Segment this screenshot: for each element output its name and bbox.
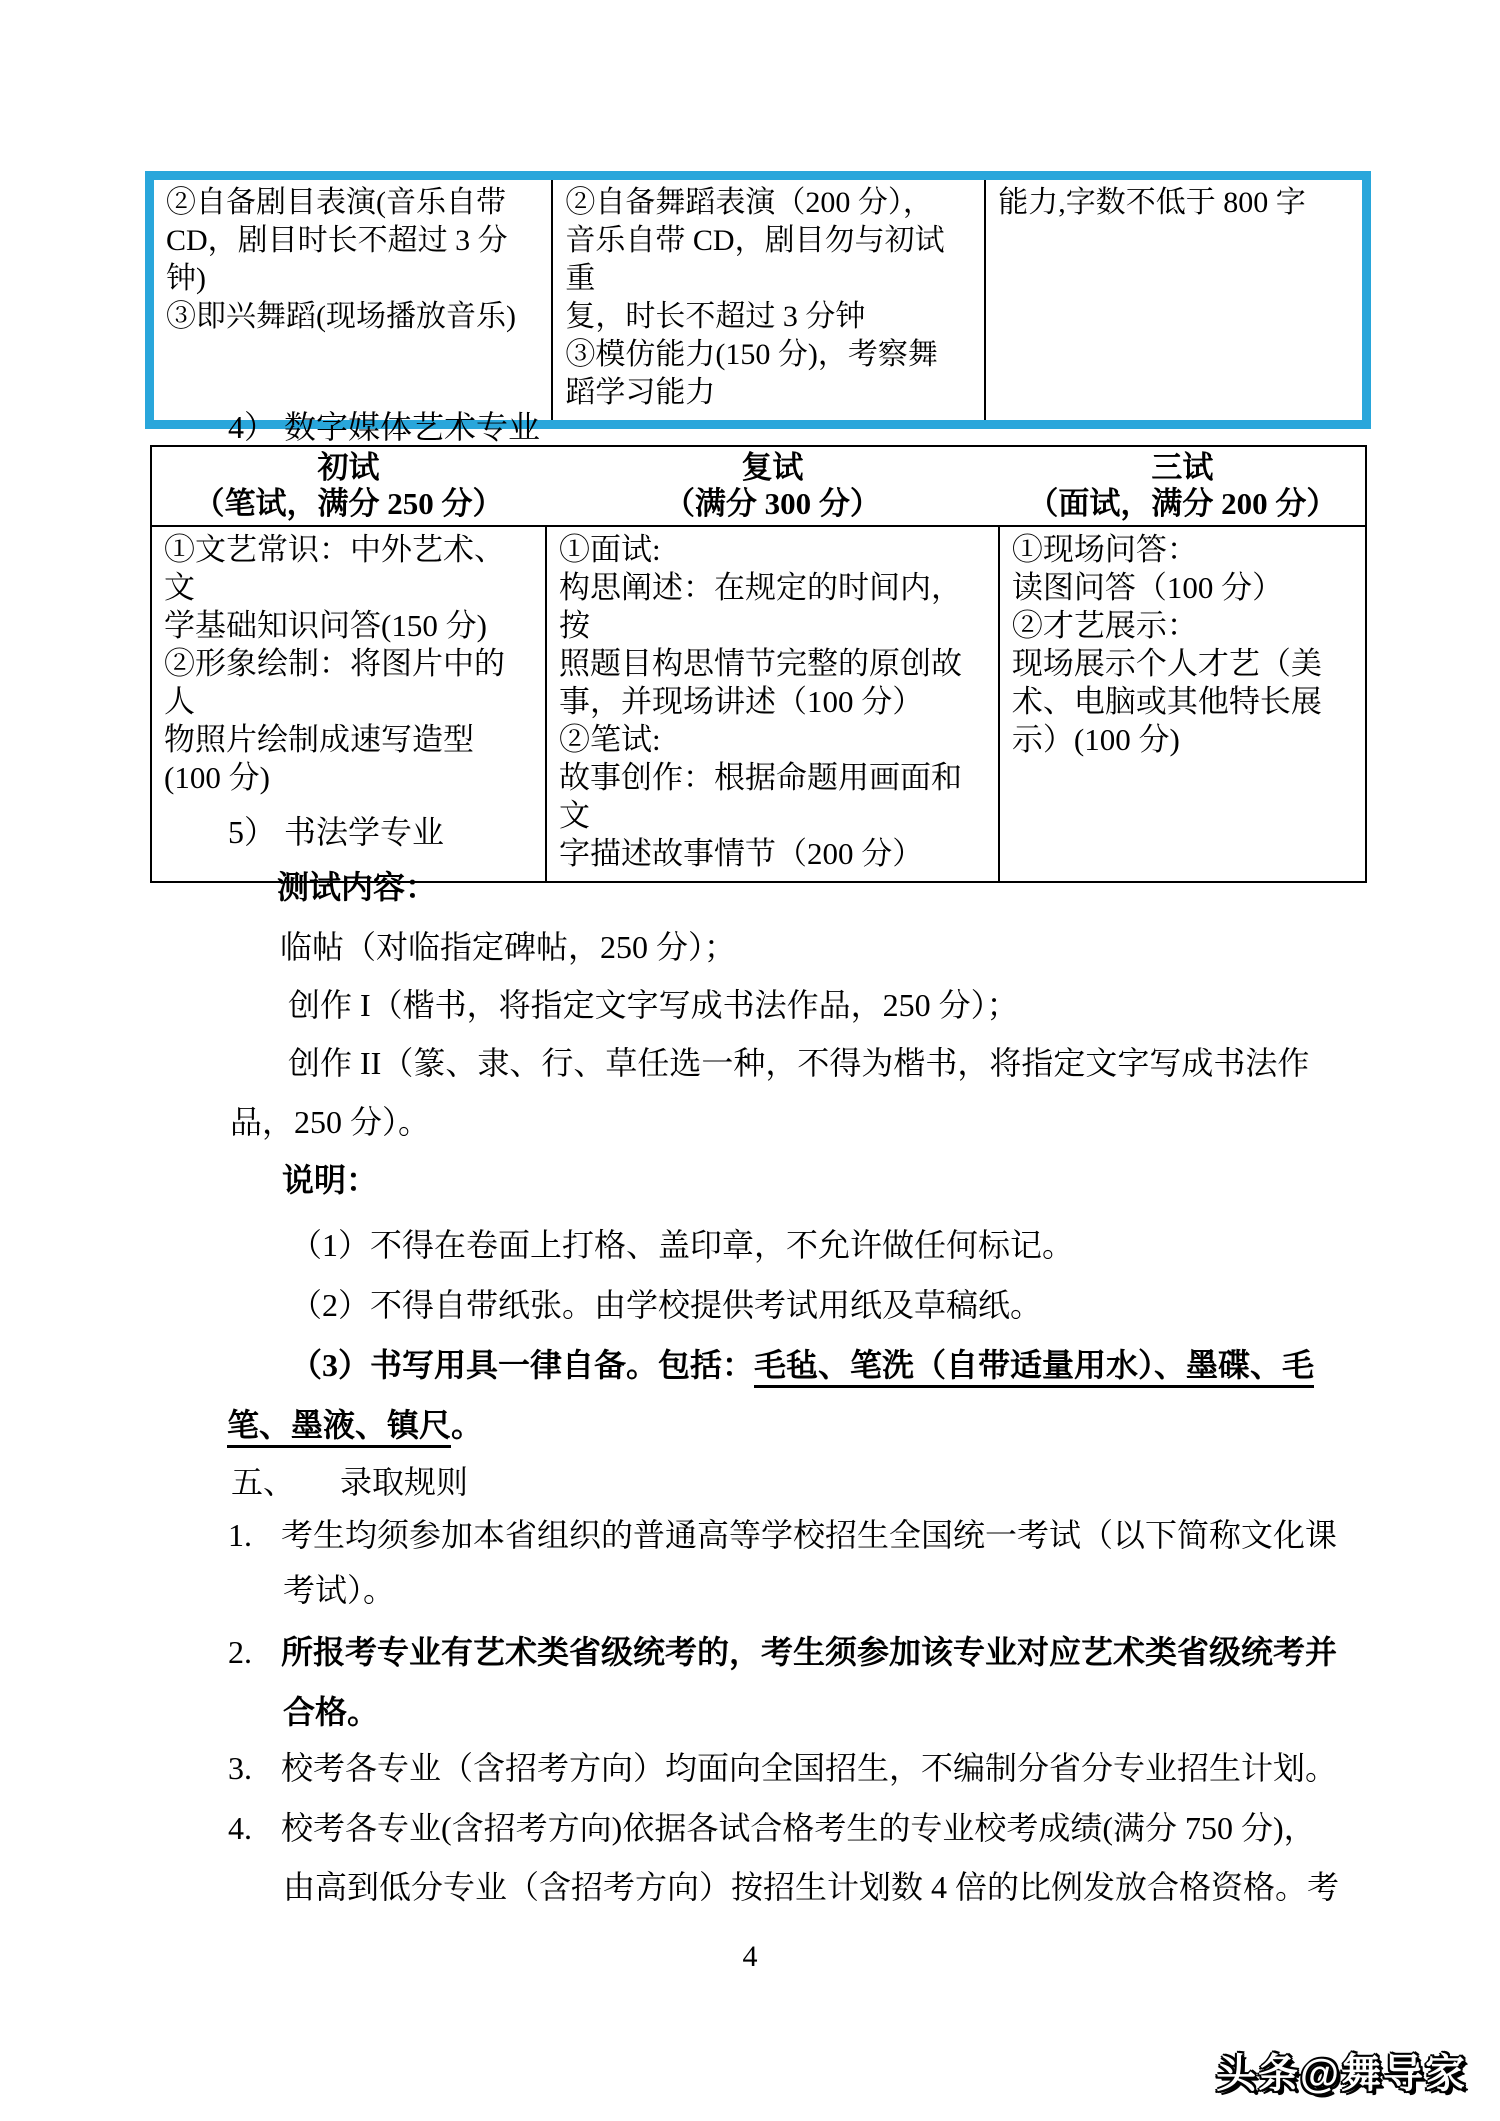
rule-item-1-cont: 考试）。 [283, 1570, 395, 1610]
note-3-period: 。 [451, 1407, 483, 1443]
header-line2: （满分 300 分） [664, 486, 881, 521]
calligraphy-item-creation2: 创作 II（篆、隶、行、草任选一种，不得为楷书，将指定文字写成书法作 [288, 1043, 1309, 1083]
header-line1: 初试 [318, 450, 380, 485]
notes-label: 说明： [282, 1160, 378, 1200]
note-3: （3）书写用具一律自备。包括：毛毡、笔洗（自带适量用水）、墨碟、毛 [290, 1345, 1314, 1385]
header-line1: 三试 [1151, 450, 1213, 485]
note-3-underlined-tools: 毛毡、笔洗（自带适量用水）、墨碟、毛 [754, 1347, 1314, 1388]
section-number: 五、 [231, 1462, 340, 1502]
section-title: 录取规则 [340, 1464, 468, 1500]
table-header-first-round: 初试（笔试，满分 250 分） [152, 447, 545, 527]
header-line2: （笔试，满分 250 分） [194, 486, 504, 521]
rule-item-1: 1.考生均须参加本省组织的普通高等学校招生全国统一考试（以下简称文化课 [228, 1515, 1337, 1555]
rule-item-4: 4.校考各专业(含招考方向)依据各试合格考生的专业校考成绩(满分 750 分)， [228, 1808, 1316, 1848]
header-line2: （面试，满分 200 分） [1027, 486, 1337, 521]
item-text: 校考各专业（含招考方向）均面向全国招生，不编制分省分专业招生计划。 [281, 1750, 1337, 1786]
note-3-underlined-tools-cont: 笔、墨液、镇尺 [227, 1407, 451, 1448]
item-number: 4. [228, 1808, 281, 1848]
rule-item-2: 2.所报考专业有艺术类省级统考的，考生须参加该专业对应艺术类省级统考并 [228, 1632, 1337, 1672]
note-2: （2）不得自带纸张。由学校提供考试用纸及草稿纸。 [290, 1285, 1042, 1325]
heading-digital-media: 4） 数字媒体艺术专业 [228, 407, 540, 447]
note-1: （1）不得在卷面上打格、盖印章，不允许做任何标记。 [290, 1225, 1074, 1265]
section-admission-rules: 五、录取规则 [231, 1462, 468, 1502]
table-cell-second-round: ①面试: 构思阐述：在规定的时间内，按 照题目构思情节完整的原创故 事，并现场讲… [545, 527, 1000, 881]
calligraphy-item-copying: 临帖（对临指定碑帖，250 分）； [280, 927, 736, 967]
rule-item-2-cont: 合格。 [283, 1692, 379, 1732]
test-content-label: 测试内容： [277, 867, 437, 907]
table-cell-retest: ②自备剧目表演(音乐自带 CD，剧目时长不超过 3 分钟) ③即兴舞蹈(现场播放… [154, 180, 551, 420]
item-text: 所报考专业有艺术类省级统考的，考生须参加该专业对应艺术类省级统考并 [281, 1634, 1337, 1670]
item-text: 校考各专业(含招考方向)依据各试合格考生的专业校考成绩(满分 750 分)， [281, 1810, 1316, 1846]
calligraphy-item-creation1: 创作 I（楷书，将指定文字写成书法作品，250 分）； [288, 985, 1019, 1025]
dance-exam-table-continued: ②自备剧目表演(音乐自带 CD，剧目时长不超过 3 分钟) ③即兴舞蹈(现场播放… [145, 171, 1371, 429]
watermark-toutiao: 头条@舞导家 [1216, 2042, 1467, 2099]
table-cell-second-round: ②自备舞蹈表演（200 分）， 音乐自带 CD，剧目勿与初试重 复，时长不超过 … [551, 180, 986, 420]
calligraphy-item-creation2-cont: 品，250 分）。 [230, 1102, 430, 1142]
heading-calligraphy: 5） 书法学专业 [228, 812, 444, 852]
item-number: 3. [228, 1748, 281, 1788]
note-3-prefix: （3）书写用具一律自备。包括： [290, 1347, 754, 1383]
rule-item-3: 3.校考各专业（含招考方向）均面向全国招生，不编制分省分专业招生计划。 [228, 1748, 1337, 1788]
item-text: 考生均须参加本省组织的普通高等学校招生全国统一考试（以下简称文化课 [281, 1517, 1337, 1553]
item-number: 2. [228, 1632, 281, 1672]
table-cell-third-round: 能力,字数不低于 800 字 [986, 180, 1362, 420]
header-line1: 复试 [741, 450, 803, 485]
table-cell-third-round: ①现场问答： 读图问答（100 分） ②才艺展示： 现场展示个人才艺（美 术、电… [1000, 527, 1365, 881]
rule-item-4-cont: 由高到低分专业（含招考方向）按招生计划数 4 倍的比例发放合格资格。考 [283, 1867, 1339, 1907]
item-number: 1. [228, 1515, 281, 1555]
note-3-continuation: 笔、墨液、镇尺。 [227, 1405, 483, 1445]
table-header-second-round: 复试（满分 300 分） [545, 447, 1000, 527]
document-page: ②自备剧目表演(音乐自带 CD，剧目时长不超过 3 分钟) ③即兴舞蹈(现场播放… [0, 0, 1500, 2121]
table-header-third-round: 三试（面试，满分 200 分） [1000, 447, 1365, 527]
page-number: 4 [0, 1940, 1500, 1974]
